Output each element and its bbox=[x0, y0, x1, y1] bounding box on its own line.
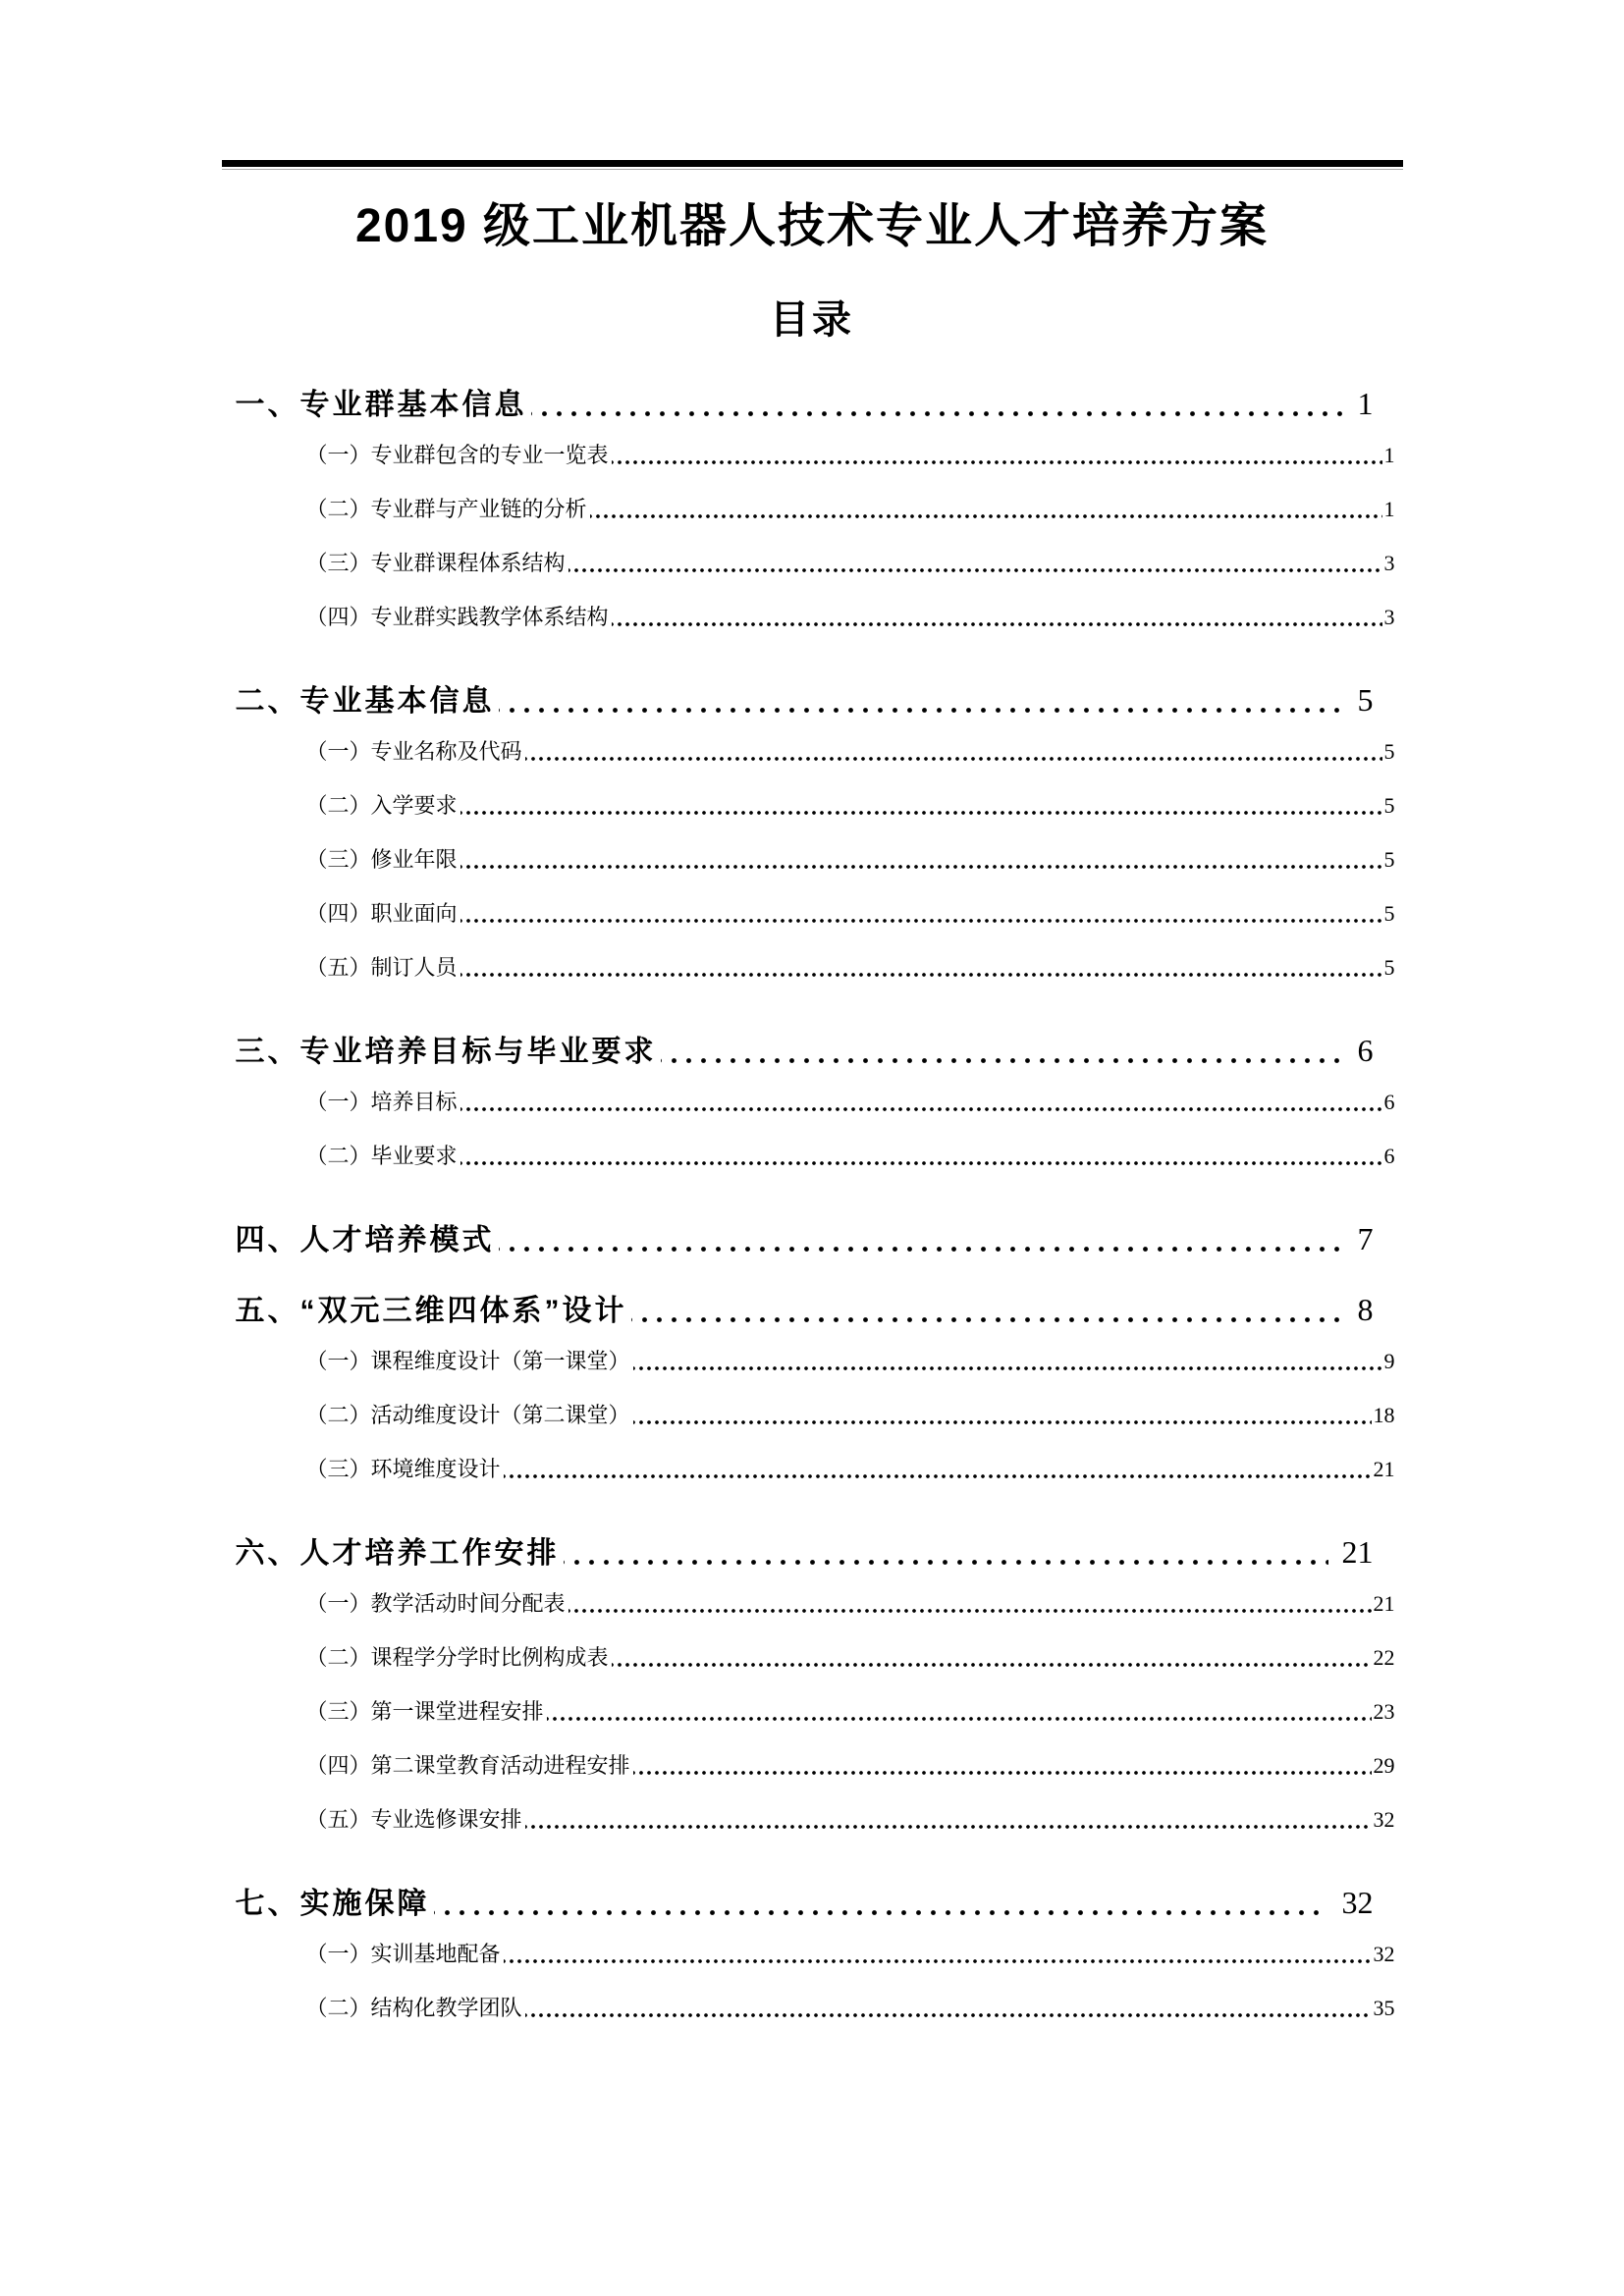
toc-entry-page-number: 5 bbox=[1384, 951, 1395, 984]
toc-entry-page-number: 32 bbox=[1342, 1882, 1374, 1923]
toc-entry-label: （一）专业群包含的专业一览表 bbox=[306, 439, 609, 471]
toc-entry-label: （三）修业年限 bbox=[306, 843, 458, 876]
dot-leader bbox=[525, 735, 1382, 768]
toc-entry-label: （三）专业群课程体系结构 bbox=[306, 547, 566, 579]
toc-section-row[interactable]: 三、专业培养目标与毕业要求 6 bbox=[222, 1030, 1403, 1073]
toc-item-row[interactable]: （二）入学要求 5 bbox=[222, 789, 1403, 822]
toc-item-row[interactable]: （四）专业群实践教学体系结构 3 bbox=[222, 601, 1403, 633]
toc-entry-label: （三）环境维度设计 bbox=[306, 1453, 501, 1485]
toc-entry-page-number: 5 bbox=[1384, 843, 1395, 876]
toc-entry-page-number: 1 bbox=[1358, 383, 1374, 424]
toc-entry-page-number: 6 bbox=[1384, 1086, 1395, 1118]
header-rule bbox=[222, 160, 1403, 170]
toc-entry-label: （一）专业名称及代码 bbox=[306, 735, 522, 768]
toc-entry-label: 一、专业群基本信息 bbox=[236, 385, 527, 426]
toc-entry-label: （五）专业选修课安排 bbox=[306, 1803, 522, 1836]
toc-entry-label: （一）教学活动时间分配表 bbox=[306, 1587, 566, 1620]
toc-item-row[interactable]: （三）修业年限 5 bbox=[222, 843, 1403, 876]
toc-entry-page-number: 5 bbox=[1384, 735, 1395, 768]
dot-leader bbox=[590, 493, 1382, 525]
toc-entry-page-number: 22 bbox=[1374, 1641, 1395, 1674]
toc-entry-page-number: 21 bbox=[1342, 1531, 1374, 1573]
toc-item-row[interactable]: （一）培养目标 6 bbox=[222, 1086, 1403, 1118]
toc-entry-label: 二、专业基本信息 bbox=[236, 681, 495, 722]
dot-leader bbox=[499, 679, 1344, 722]
dot-leader bbox=[525, 1803, 1372, 1836]
toc-entry-label: 四、人才培养模式 bbox=[236, 1220, 495, 1261]
toc-item-row[interactable]: （一）教学活动时间分配表 21 bbox=[222, 1587, 1403, 1620]
dot-leader bbox=[564, 1531, 1328, 1575]
dot-leader bbox=[525, 1992, 1372, 2024]
toc-section-row[interactable]: 一、专业群基本信息 1 bbox=[222, 383, 1403, 426]
dot-leader bbox=[460, 951, 1382, 984]
toc-item-row[interactable]: （一）专业名称及代码 5 bbox=[222, 735, 1403, 768]
dot-leader bbox=[633, 1345, 1382, 1377]
toc-entry-label: （一）培养目标 bbox=[306, 1086, 458, 1118]
toc-section-row[interactable]: 七、实施保障 32 bbox=[222, 1882, 1403, 1925]
document-page: 2019 级工业机器人技术专业人才培养方案 目录 一、专业群基本信息 1 （一）… bbox=[0, 0, 1624, 2296]
dot-leader bbox=[499, 1218, 1344, 1261]
toc-item-row[interactable]: （二）活动维度设计（第二课堂） 18 bbox=[222, 1399, 1403, 1431]
toc-entry-label: （二）结构化教学团队 bbox=[306, 1992, 522, 2024]
dot-leader bbox=[460, 1140, 1382, 1172]
toc-entry-page-number: 1 bbox=[1384, 439, 1395, 471]
toc-entry-label: （二）课程学分学时比例构成表 bbox=[306, 1641, 609, 1674]
toc-section-row[interactable]: 六、人才培养工作安排 21 bbox=[222, 1531, 1403, 1575]
dot-leader bbox=[460, 789, 1382, 822]
toc-entry-label: （四）职业面向 bbox=[306, 897, 458, 930]
toc-item-row[interactable]: （五）制订人员 5 bbox=[222, 951, 1403, 984]
toc-entry-page-number: 21 bbox=[1374, 1453, 1395, 1485]
toc-entry-page-number: 7 bbox=[1358, 1218, 1374, 1259]
toc-section-row[interactable]: 二、专业基本信息 5 bbox=[222, 679, 1403, 722]
toc-item-row[interactable]: （三）专业群课程体系结构 3 bbox=[222, 547, 1403, 579]
dot-leader bbox=[460, 897, 1382, 930]
toc-section-row[interactable]: 四、人才培养模式 7 bbox=[222, 1218, 1403, 1261]
toc-entry-label: 三、专业培养目标与毕业要求 bbox=[236, 1032, 657, 1073]
toc-entry-label: （一）实训基地配备 bbox=[306, 1938, 501, 1970]
toc-entry-label: （二）活动维度设计（第二课堂） bbox=[306, 1399, 630, 1431]
toc-entry-label: （五）制订人员 bbox=[306, 951, 458, 984]
toc-entry-page-number: 5 bbox=[1384, 897, 1395, 930]
dot-leader bbox=[633, 1749, 1372, 1782]
toc-entry-page-number: 6 bbox=[1384, 1140, 1395, 1172]
toc-item-row[interactable]: （一）专业群包含的专业一览表 1 bbox=[222, 439, 1403, 471]
toc-entry-page-number: 9 bbox=[1384, 1345, 1395, 1377]
toc-entry-page-number: 35 bbox=[1374, 1992, 1395, 2024]
dot-leader bbox=[547, 1695, 1372, 1728]
toc-entry-label: （二）入学要求 bbox=[306, 789, 458, 822]
dot-leader bbox=[504, 1938, 1372, 1970]
toc-entry-page-number: 32 bbox=[1374, 1938, 1395, 1970]
toc-item-row[interactable]: （二）结构化教学团队 35 bbox=[222, 1992, 1403, 2024]
dot-leader bbox=[568, 547, 1382, 579]
toc-entry-page-number: 18 bbox=[1374, 1399, 1395, 1431]
toc-entry-page-number: 6 bbox=[1358, 1030, 1374, 1071]
toc-entry-label: （一）课程维度设计（第一课堂） bbox=[306, 1345, 630, 1377]
toc-entry-label: （四）专业群实践教学体系结构 bbox=[306, 601, 609, 633]
dot-leader bbox=[612, 601, 1382, 633]
toc-item-row[interactable]: （三）第一课堂进程安排 23 bbox=[222, 1695, 1403, 1728]
dot-leader bbox=[460, 1086, 1382, 1118]
toc-heading: 目录 bbox=[222, 297, 1403, 343]
toc-item-row[interactable]: （二）课程学分学时比例构成表 22 bbox=[222, 1641, 1403, 1674]
dot-leader bbox=[612, 1641, 1372, 1674]
dot-leader bbox=[531, 383, 1344, 426]
page-content: 2019 级工业机器人技术专业人才培养方案 目录 一、专业群基本信息 1 （一）… bbox=[222, 160, 1403, 2024]
toc-entry-label: （二）专业群与产业链的分析 bbox=[306, 493, 587, 525]
toc-entry-page-number: 1 bbox=[1384, 493, 1395, 525]
toc-entry-page-number: 29 bbox=[1374, 1749, 1395, 1782]
toc-section-row[interactable]: 五、“双元三维四体系”设计 8 bbox=[222, 1289, 1403, 1332]
dot-leader bbox=[612, 439, 1382, 471]
toc-item-row[interactable]: （四）第二课堂教育活动进程安排 29 bbox=[222, 1749, 1403, 1782]
toc-entry-page-number: 8 bbox=[1358, 1289, 1374, 1330]
dot-leader bbox=[568, 1587, 1372, 1620]
toc-item-row[interactable]: （二）毕业要求 6 bbox=[222, 1140, 1403, 1172]
toc-entry-page-number: 5 bbox=[1384, 789, 1395, 822]
toc-item-row[interactable]: （三）环境维度设计 21 bbox=[222, 1453, 1403, 1485]
toc-list: 一、专业群基本信息 1 （一）专业群包含的专业一览表 1 （二）专业群与产业链的… bbox=[222, 383, 1403, 2024]
toc-entry-page-number: 3 bbox=[1384, 547, 1395, 579]
dot-leader bbox=[460, 843, 1382, 876]
toc-entry-label: （三）第一课堂进程安排 bbox=[306, 1695, 544, 1728]
toc-item-row[interactable]: （四）职业面向 5 bbox=[222, 897, 1403, 930]
dot-leader bbox=[631, 1289, 1344, 1332]
toc-entry-label: （二）毕业要求 bbox=[306, 1140, 458, 1172]
toc-entry-page-number: 32 bbox=[1374, 1803, 1395, 1836]
toc-item-row[interactable]: （二）专业群与产业链的分析 1 bbox=[222, 493, 1403, 525]
document-title: 2019 级工业机器人技术专业人才培养方案 bbox=[222, 195, 1403, 258]
toc-entry-page-number: 3 bbox=[1384, 601, 1395, 633]
toc-entry-label: （四）第二课堂教育活动进程安排 bbox=[306, 1749, 630, 1782]
dot-leader bbox=[661, 1030, 1344, 1073]
toc-entry-label: 五、“双元三维四体系”设计 bbox=[236, 1291, 627, 1332]
dot-leader bbox=[434, 1882, 1328, 1925]
toc-entry-page-number: 23 bbox=[1374, 1695, 1395, 1728]
toc-entry-label: 七、实施保障 bbox=[236, 1884, 430, 1925]
toc-entry-label: 六、人才培养工作安排 bbox=[236, 1533, 560, 1575]
toc-item-row[interactable]: （五）专业选修课安排 32 bbox=[222, 1803, 1403, 1836]
toc-item-row[interactable]: （一）实训基地配备 32 bbox=[222, 1938, 1403, 1970]
dot-leader bbox=[504, 1453, 1372, 1485]
toc-entry-page-number: 21 bbox=[1374, 1587, 1395, 1620]
toc-entry-page-number: 5 bbox=[1358, 679, 1374, 721]
toc-item-row[interactable]: （一）课程维度设计（第一课堂） 9 bbox=[222, 1345, 1403, 1377]
dot-leader bbox=[633, 1399, 1372, 1431]
